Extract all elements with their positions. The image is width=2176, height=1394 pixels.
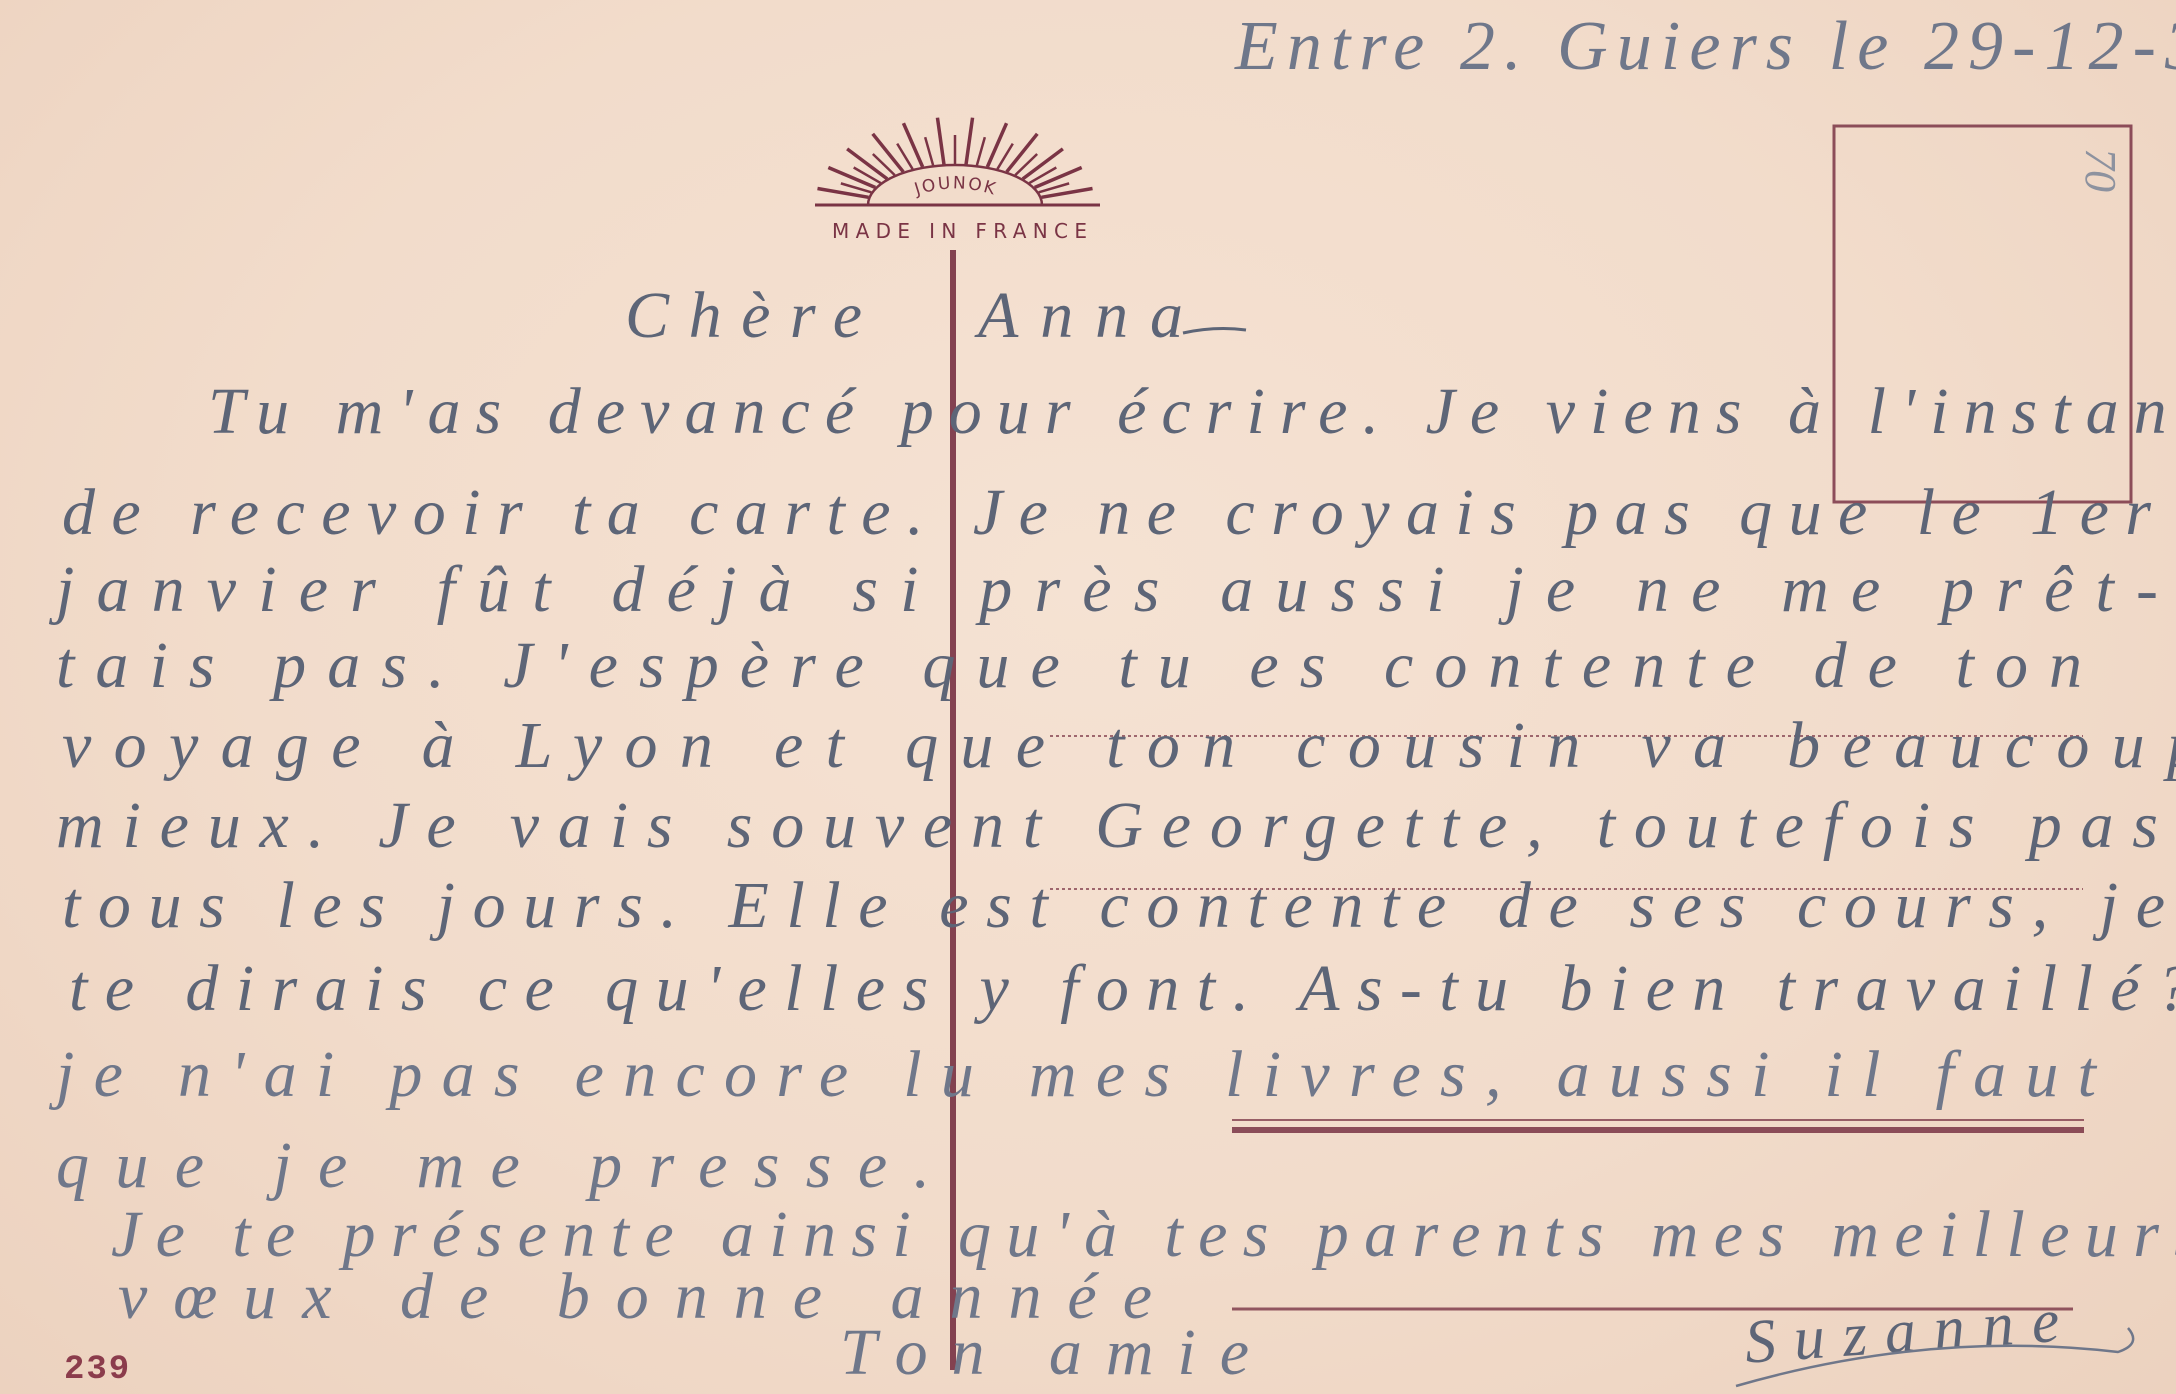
message-body: Tu m'as devancé pour écrire. Je viens à … bbox=[48, 375, 2176, 1333]
signature: Suzanne bbox=[1736, 1287, 2133, 1386]
sun-ray bbox=[828, 168, 875, 188]
signature-name: Suzanne bbox=[1742, 1287, 2061, 1377]
postcard-back: Entre 2. Guiers le 29-12-3 JOUNOK MADE I… bbox=[0, 0, 2176, 1394]
salutation-tail-stroke bbox=[1183, 329, 1246, 333]
publisher-logo: JOUNOK MADE IN FRANCE bbox=[815, 118, 1100, 243]
message-line: tais pas. J'espère que tu es contente de… bbox=[56, 629, 2082, 702]
message-line: je n'ai pas encore lu mes livres, aussi … bbox=[48, 1038, 2098, 1111]
message-line: tous les jours. Elle est contente de ses… bbox=[62, 869, 2165, 942]
message-line: janvier fût déjà si près aussi je ne me … bbox=[48, 553, 2158, 626]
message-line: Tu m'as devancé pour écrire. Je viens à … bbox=[208, 375, 2176, 448]
pencil-note: 70 bbox=[2076, 148, 2125, 192]
message-line: mieux. Je vais souvent Georgette, toutef… bbox=[56, 789, 2158, 862]
sun-ray bbox=[1007, 134, 1038, 172]
closing: Ton amie bbox=[840, 1316, 1249, 1389]
salutation-left: Chère bbox=[625, 279, 862, 352]
message-line: vœux de bonne année bbox=[118, 1260, 1152, 1333]
sun-ray bbox=[966, 118, 973, 165]
message-line: te dirais ce qu'elles y font. As-tu bien… bbox=[69, 952, 2176, 1025]
logo-tagline: MADE IN FRANCE bbox=[832, 219, 1087, 243]
sun-ray bbox=[977, 137, 985, 165]
catalog-number: 239 bbox=[64, 1351, 131, 1389]
message-line: voyage à Lyon et que ton cousin va beauc… bbox=[62, 709, 2176, 782]
salutation-right: Anna bbox=[974, 279, 1183, 352]
message-line: que je me presse. bbox=[56, 1129, 930, 1202]
sun-ray bbox=[937, 118, 944, 165]
postcard-canvas: Entre 2. Guiers le 29-12-3 JOUNOK MADE I… bbox=[0, 0, 2176, 1394]
place-date: Entre 2. Guiers le 29-12-3 bbox=[1234, 8, 2176, 85]
sun-ray bbox=[925, 137, 933, 165]
sun-ray bbox=[873, 134, 904, 172]
message-line: de recevoir ta carte. Je ne croyais pas … bbox=[62, 476, 2151, 549]
sun-ray bbox=[1035, 168, 1082, 188]
